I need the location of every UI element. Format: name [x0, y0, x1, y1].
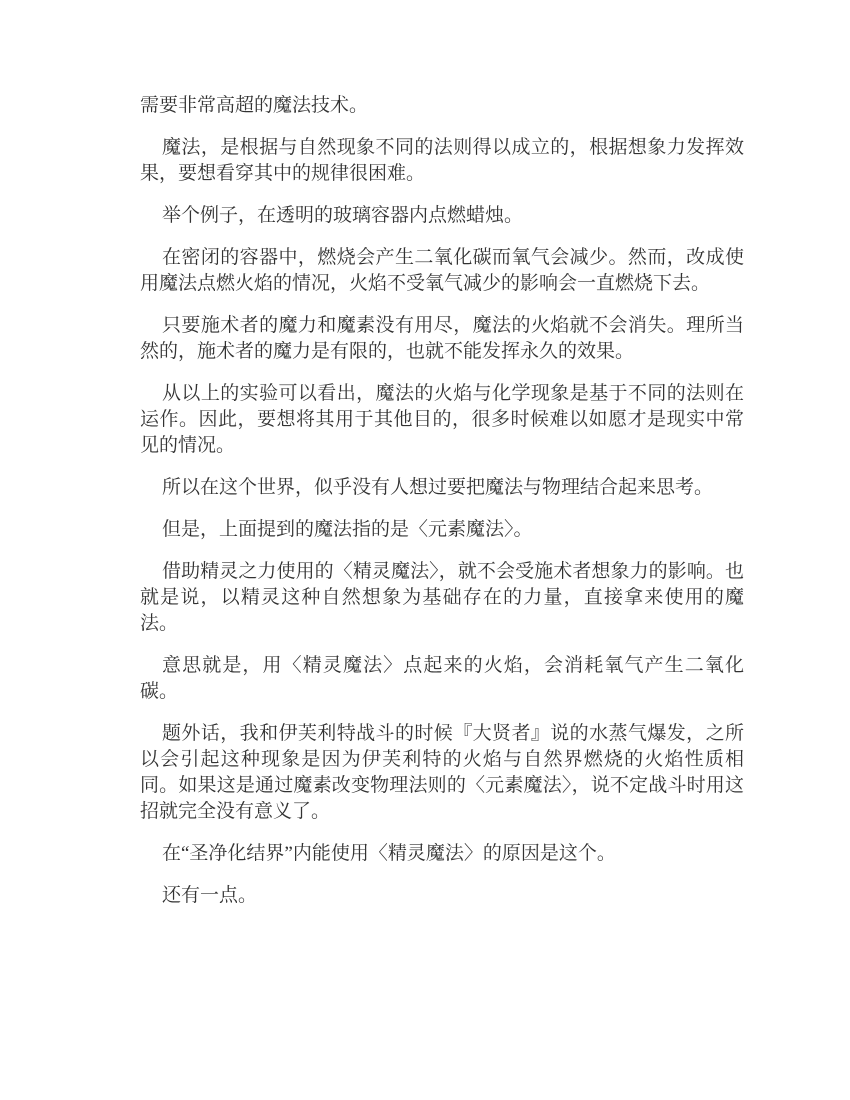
- paragraph: 从以上的实验可以看出，魔法的火焰与化学现象是基于不同的法则在运作。因此，要想将其…: [140, 381, 744, 459]
- document-page: 需要非常高超的魔法技术。 魔法，是根据与自然现象不同的法则得以成立的，根据想象力…: [0, 0, 850, 1100]
- paragraph: 意思就是，用〈精灵魔法〉点起来的火焰，会消耗氧气产生二氧化碳。: [140, 653, 744, 705]
- paragraph: 只要施术者的魔力和魔素没有用尽，魔法的火焰就不会消失。理所当然的，施术者的魔力是…: [140, 313, 744, 365]
- paragraph: 借助精灵之力使用的〈精灵魔法〉，就不会受施术者想象力的影响。也就是说，以精灵这种…: [140, 559, 744, 637]
- page-text: 需要非常高超的魔法技术。 魔法，是根据与自然现象不同的法则得以成立的，根据想象力…: [140, 93, 744, 925]
- paragraph: 在“圣净化结界”内能使用〈精灵魔法〉的原因是这个。: [140, 841, 744, 867]
- paragraph: 题外话，我和伊芙利特战斗的时候『大贤者』说的水蒸气爆发，之所以会引起这种现象是因…: [140, 721, 744, 825]
- paragraph: 举个例子，在透明的玻璃容器内点燃蜡烛。: [140, 203, 744, 229]
- paragraph: 需要非常高超的魔法技术。: [140, 93, 744, 119]
- paragraph: 所以在这个世界，似乎没有人想过要把魔法与物理结合起来思考。: [140, 475, 744, 501]
- paragraph: 在密闭的容器中，燃烧会产生二氧化碳而氧气会减少。然而，改成使用魔法点燃火焰的情况…: [140, 245, 744, 297]
- paragraph: 还有一点。: [140, 883, 744, 909]
- paragraph: 但是，上面提到的魔法指的是〈元素魔法〉。: [140, 517, 744, 543]
- paragraph: 魔法，是根据与自然现象不同的法则得以成立的，根据想象力发挥效果，要想看穿其中的规…: [140, 135, 744, 187]
